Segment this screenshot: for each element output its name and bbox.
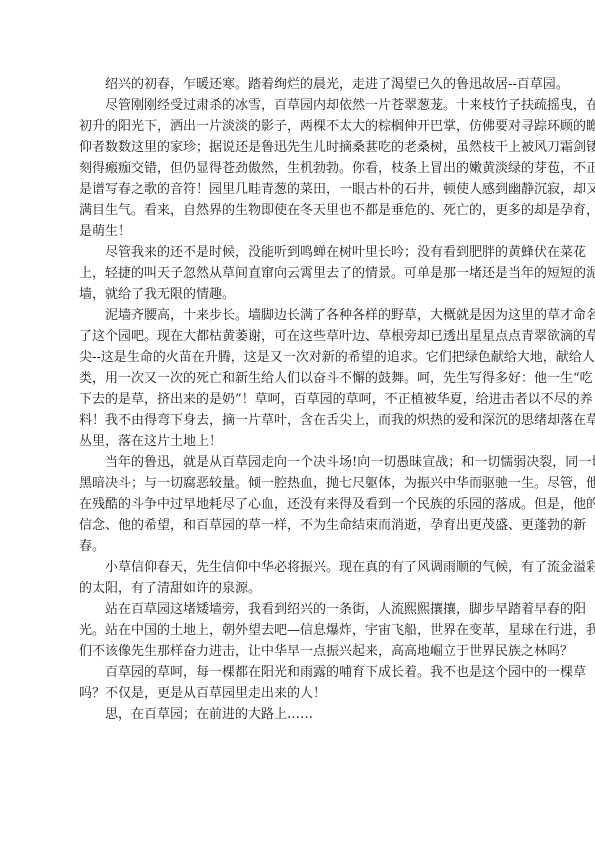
text-line: 吗？不仅是，更是从百草园里走出来的人！	[53, 683, 536, 704]
text-line: 信念、他的希望，和百草园的草一样，不为生命结束而消逝，孕育出更茂盛、更蓬勃的新	[53, 515, 536, 536]
text-line: 仰者数数这里的家珍；据说还是鲁迅先生儿时摘桑葚吃的老桑树，虽然枝干上被风刀霜剑镂	[53, 137, 536, 158]
text-line: 们不该像先生那样奋力进击，让中华早一点振兴起来，高高地崛立于世界民族之林吗？	[53, 641, 536, 662]
text-line: 料！我不由得弯下身去，摘一片草叶，含在舌尖上，而我的炽热的爱和深沉的思绪却落在草	[53, 410, 536, 431]
document-page: 绍兴的初春，乍暖还寒。踏着绚烂的晨光，走进了渴望已久的鲁迅故居--百草园。 尽管…	[53, 74, 536, 725]
text-line: 尽管刚刚经受过肃杀的冰雪，百草园内却依然一片苍翠葱茏。十来枝竹子扶疏摇曳，在	[53, 95, 536, 116]
text-line: 思，在百草园；在前进的大路上……	[53, 704, 536, 725]
text-line: 泥墙齐腰高，十来步长。墙脚边长满了各种各样的野草，大概就是因为这里的草才命名	[53, 305, 536, 326]
text-line: 刻得瘢痂交错，但仍显得苍劲傲然，生机勃勃。你看，枝条上冒出的嫩黄淡绿的芽苞，不正	[53, 158, 536, 179]
paragraph-6: 小草信仰春天，先生信仰中华必将振兴。现在真的有了风调雨顺的气候，有了流金溢彩 的…	[53, 557, 536, 599]
paragraph-3: 尽管我来的还不是时候，没能听到鸣蝉在树叶里长吟；没有看到肥胖的黄蜂伏在菜花 上，…	[53, 242, 536, 305]
text-line: 是萌生！	[53, 221, 536, 242]
text-line: 当年的鲁迅，就是从百草园走向一个决斗场!向一切愚昧宣战；和一切懦弱决裂，同一切	[53, 452, 536, 473]
text-line: 初升的阳光下，洒出一片淡淡的影子，两棵不太大的棕榈伸开巴掌，仿佛要对寻踪环顾的瞻	[53, 116, 536, 137]
text-line: 在残酷的斗争中过早地耗尽了心血，还没有来得及看到一个民族的乐园的落成。但是，他的	[53, 494, 536, 515]
text-line: 黑暗决斗；与一切腐恶较量。倾一腔热血，抛七尺躯体，为振兴中华而驱驰一生。尽管，他	[53, 473, 536, 494]
text-line: 小草信仰春天，先生信仰中华必将振兴。现在真的有了风调雨顺的气候，有了流金溢彩	[53, 557, 536, 578]
text-line: 了这个园吧。现在大都枯黄萎谢，可在这些草叶边、草根旁却已透出星星点点青翠欲滴的草	[53, 326, 536, 347]
text-line: 站在百草园这堵矮墙旁，我看到绍兴的一条街，人流熙熙攘攘，脚步早踏着早春的阳	[53, 599, 536, 620]
text-line: 下去的是草，挤出来的是奶”！草呵，百草园的草呵，不正植被华夏，给进击者以不尽的养	[53, 389, 536, 410]
text-line: 春。	[53, 536, 536, 557]
paragraph-2: 尽管刚刚经受过肃杀的冰雪，百草园内却依然一片苍翠葱茏。十来枝竹子扶疏摇曳，在 初…	[53, 95, 536, 242]
paragraph-4: 泥墙齐腰高，十来步长。墙脚边长满了各种各样的野草，大概就是因为这里的草才命名 了…	[53, 305, 536, 452]
text-line: 绍兴的初春，乍暖还寒。踏着绚烂的晨光，走进了渴望已久的鲁迅故居--百草园。	[53, 74, 536, 95]
text-line: 上，轻捷的叫天子忽然从草间直窜向云霄里去了的情景。可单是那一堵还是当年的短短的泥	[53, 263, 536, 284]
text-line: 的太阳，有了清甜如许的泉源。	[53, 578, 536, 599]
paragraph-8: 百草园的草呵，每一棵都在阳光和雨露的哺育下成长着。我不也是这个园中的一棵草 吗？…	[53, 662, 536, 704]
text-line: 百草园的草呵，每一棵都在阳光和雨露的哺育下成长着。我不也是这个园中的一棵草	[53, 662, 536, 683]
paragraph-9: 思，在百草园；在前进的大路上……	[53, 704, 536, 725]
text-line: 满目生气。看来，自然界的生物即使在冬天里也不都是垂危的、死亡的，更多的却是孕育，	[53, 200, 536, 221]
paragraph-7: 站在百草园这堵矮墙旁，我看到绍兴的一条街，人流熙熙攘攘，脚步早踏着早春的阳 光。…	[53, 599, 536, 662]
text-line: 类，用一次又一次的死亡和新生给人们以奋斗不懈的鼓舞。呵，先生写得多好：他一生“吃	[53, 368, 536, 389]
text-line: 丛里，落在这片土地上！	[53, 431, 536, 452]
text-line: 尽管我来的还不是时候，没能听到鸣蝉在树叶里长吟；没有看到肥胖的黄蜂伏在菜花	[53, 242, 536, 263]
text-line: 墙，就给了我无限的情趣。	[53, 284, 536, 305]
paragraph-1: 绍兴的初春，乍暖还寒。踏着绚烂的晨光，走进了渴望已久的鲁迅故居--百草园。	[53, 74, 536, 95]
text-line: 尖--这是生命的火苗在升腾，这是又一次对新的希望的追求。它们把绿色献给大地，献给…	[53, 347, 536, 368]
paragraph-5: 当年的鲁迅，就是从百草园走向一个决斗场!向一切愚昧宣战；和一切懦弱决裂，同一切 …	[53, 452, 536, 557]
text-line: 是谱写春之歌的音符！园里几畦青葱的菜田，一眼古朴的石井，顿使人感到幽静沉寂，却又	[53, 179, 536, 200]
text-line: 光。站在中国的土地上，朝外望去吧—信息爆炸，宇宙飞船，世界在变革，星球在行进，我	[53, 620, 536, 641]
